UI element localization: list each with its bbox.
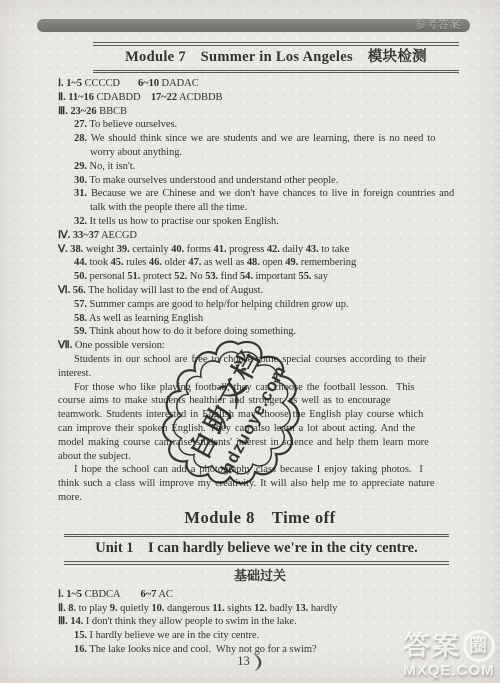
answer-line: 32. It tells us how to practise our spok… xyxy=(58,215,462,229)
answer-line: 27. To believe ourselves. xyxy=(58,118,462,132)
answer-number: Ⅰ. 1~5 xyxy=(58,78,82,89)
unit1-answers: Ⅰ. 1~5 CBDCA 6~7 ACⅡ. 8. to play 9. quie… xyxy=(58,588,462,657)
unit1-header: Unit 1 I can hardly believe we're in the… xyxy=(64,534,449,565)
answer-number: Ⅱ. 8. xyxy=(58,603,76,614)
answer-text: important xyxy=(253,271,299,282)
crescent-decoration-icon xyxy=(248,652,263,672)
answer-number: 43. xyxy=(306,244,319,255)
answer-text: Think about how to do it before doing so… xyxy=(87,326,296,337)
answer-number: 47. xyxy=(188,257,201,268)
answer-text: certainly xyxy=(130,244,171,255)
answer-line: interest. xyxy=(58,367,462,381)
answer-text: worry about anything. xyxy=(90,147,182,158)
answer-line: 44. took 45. rules 46. older 47. as well… xyxy=(58,256,462,270)
answer-number: 51. xyxy=(127,271,140,282)
answer-text: about the subject. xyxy=(58,451,131,462)
answer-text: ACDBDB xyxy=(177,92,222,103)
answer-line: Ⅲ. 14. I don't think they allow people t… xyxy=(58,615,462,629)
answer-text: Students in our school are free to choos… xyxy=(74,354,426,365)
answer-text: personal xyxy=(87,271,127,282)
answer-number: Ⅶ. xyxy=(58,340,72,351)
answer-text: badly xyxy=(267,603,295,614)
answer-line: talk with the people there all the time. xyxy=(58,201,462,215)
answer-line: 58. As well as learning English xyxy=(58,312,462,326)
answer-text: talk with the people there all the time. xyxy=(90,202,247,213)
answer-text: Because we are Chinese and we don't have… xyxy=(87,188,454,199)
answer-line: more. xyxy=(58,491,462,505)
unit1-title: Unit 1 I can hardly believe we're in the… xyxy=(64,536,449,562)
answer-text: To make ourselves understood and underst… xyxy=(87,175,338,186)
answers-header-bar: 参考答案 xyxy=(37,19,470,32)
answer-text: One possible version: xyxy=(72,340,165,351)
answer-text: It tells us how to practise our spoken E… xyxy=(87,216,279,227)
answer-number: Ⅵ. 56. xyxy=(58,285,86,296)
answer-number: 29. xyxy=(74,161,87,172)
answer-number: Ⅱ. 11~16 xyxy=(58,92,94,103)
module7-answers: Ⅰ. 1~5 CCCCD 6~10 DADACⅡ. 11~16 CDABDD 1… xyxy=(58,77,462,505)
answer-line: Ⅵ. 56. The holiday will last to the end … xyxy=(58,284,462,298)
answer-text: older xyxy=(162,257,188,268)
answer-line: 59. Think about how to do it before doin… xyxy=(58,325,462,339)
answer-number: 13. xyxy=(295,603,308,614)
answer-text: sights xyxy=(225,603,254,614)
module7-header-rule: Module 7 Summer in Los Angeles 模块检测 xyxy=(93,42,459,73)
answer-number: 39. xyxy=(117,244,130,255)
answer-line: 31. Because we are Chinese and we don't … xyxy=(58,187,462,201)
answer-number: 40. xyxy=(171,244,184,255)
answer-line: 29. No, it isn't. xyxy=(58,160,462,174)
answer-number: 44. xyxy=(74,257,87,268)
page-content: Module 7 Summer in Los Angeles 模块检测 Ⅰ. 1… xyxy=(58,42,462,657)
answer-text: CCCCD xyxy=(82,78,138,89)
answer-text: can improve their spoken English. They c… xyxy=(58,423,415,434)
answer-line: Ⅳ. 33~37 AECGD xyxy=(58,229,462,243)
answer-line: Ⅰ. 1~5 CCCCD 6~10 DADAC xyxy=(58,77,462,91)
answer-line: Ⅱ. 8. to play 9. quietly 10. dangerous 1… xyxy=(58,602,462,616)
answer-number: 9. xyxy=(110,603,118,614)
answer-text: weight xyxy=(83,244,116,255)
answer-number: 6~7 xyxy=(141,589,157,600)
answer-text: AC xyxy=(156,589,172,600)
answer-number: 28. xyxy=(74,133,87,144)
answer-text: daily xyxy=(280,244,306,255)
answer-text: quietly xyxy=(118,603,152,614)
answer-number: 55. xyxy=(299,271,312,282)
answer-line: worry about anything. xyxy=(58,146,462,160)
answer-number: 10. xyxy=(151,603,164,614)
answer-number: 30. xyxy=(74,175,87,186)
answer-text: BBCB xyxy=(97,106,127,117)
answer-text: No xyxy=(187,271,205,282)
answer-text: as well as xyxy=(201,257,246,268)
answer-line: Ⅱ. 11~16 CDABDD 17~22 ACDBDB xyxy=(58,91,462,105)
answer-number: 48. xyxy=(247,257,260,268)
answer-text: DADAC xyxy=(159,78,199,89)
answer-text: think such a class will improve my creat… xyxy=(58,478,434,489)
answer-line: can improve their spoken English. They c… xyxy=(58,422,462,436)
answer-text: teamwork. Students interested in English… xyxy=(58,409,423,420)
answer-text: more. xyxy=(58,492,82,503)
answer-number: 15. xyxy=(74,630,87,641)
answer-text: progress xyxy=(227,244,267,255)
answer-line: 30. To make ourselves understood and und… xyxy=(58,174,462,188)
answer-number: 31. xyxy=(74,188,87,199)
answer-text: For those who like playing football, the… xyxy=(74,382,414,393)
answer-line: Students in our school are free to choos… xyxy=(58,353,462,367)
answer-text: We should think since we are students an… xyxy=(87,133,435,144)
answer-number: 45. xyxy=(111,257,124,268)
answer-number: 54. xyxy=(240,271,253,282)
module8-title: Module 8 Time off xyxy=(58,507,462,529)
answer-line: 28. We should think since we are student… xyxy=(58,132,462,146)
answer-text: I don't think they allow people to swim … xyxy=(83,616,296,627)
answer-number: 12. xyxy=(254,603,267,614)
answer-number: 59. xyxy=(74,326,87,337)
answer-text: CBDCA xyxy=(82,589,141,600)
answer-text: remembering xyxy=(298,257,356,268)
answer-number: Ⅰ. 1~5 xyxy=(58,589,82,600)
answer-line: Ⅴ. 38. weight 39. certainly 40. forms 41… xyxy=(58,243,462,257)
scanned-answer-page: 参考答案 Module 7 Summer in Los Angeles 模块检测… xyxy=(0,0,500,683)
answer-text: rules xyxy=(124,257,149,268)
answer-text: to take xyxy=(319,244,350,255)
answer-text: find xyxy=(218,271,240,282)
answer-line: 15. I hardly believe we are in the city … xyxy=(58,629,462,643)
answer-number: 53. xyxy=(205,271,218,282)
answer-text: hardly xyxy=(308,603,337,614)
answer-text: open xyxy=(260,257,285,268)
answer-text: To believe ourselves. xyxy=(87,119,177,130)
module7-header: Module 7 Summer in Los Angeles 模块检测 xyxy=(93,42,459,73)
answer-text: interest. xyxy=(58,368,91,379)
answer-line: model making course can raise students' … xyxy=(58,436,462,450)
answer-number: 50. xyxy=(74,271,87,282)
answer-line: Ⅲ. 23~26 BBCB xyxy=(58,105,462,119)
basics-subheading: 基础过关 xyxy=(58,568,462,584)
answer-number: 11. xyxy=(212,603,224,614)
answer-text: dangerous xyxy=(164,603,212,614)
answer-line: 50. personal 51. protect 52. No 53. find… xyxy=(58,270,462,284)
answer-text: Summer camps are good to help/for helpin… xyxy=(87,299,348,310)
answer-number: 58. xyxy=(74,313,87,324)
answer-text: took xyxy=(87,257,111,268)
answer-number: 41. xyxy=(214,244,227,255)
answer-text: to play xyxy=(76,603,110,614)
answer-number: 52. xyxy=(174,271,187,282)
answer-text: No, it isn't. xyxy=(87,161,135,172)
answer-number: 32. xyxy=(74,216,87,227)
answer-number: 49. xyxy=(285,257,298,268)
module7-title: Module 7 Summer in Los Angeles 模块检测 xyxy=(93,45,459,71)
unit1-header-rule: Unit 1 I can hardly believe we're in the… xyxy=(64,534,449,565)
answer-text: course aims to make students healthier a… xyxy=(58,395,390,406)
answer-text: protect xyxy=(140,271,174,282)
answer-number: 57. xyxy=(74,299,87,310)
answer-number: Ⅳ. 33~37 xyxy=(58,230,99,241)
answer-line: I hope the school can add a photography … xyxy=(58,463,462,477)
answers-tab-label: 参考答案 xyxy=(415,19,470,32)
answer-text: I hope the school can add a photography … xyxy=(74,464,423,475)
answer-number: 46. xyxy=(149,257,162,268)
answer-line: 57. Summer camps are good to help/for he… xyxy=(58,298,462,312)
answer-number: 27. xyxy=(74,119,87,130)
answer-line: about the subject. xyxy=(58,450,462,464)
answer-line: For those who like playing football, the… xyxy=(58,381,462,395)
answer-text: CDABDD xyxy=(94,92,151,103)
answer-number: 42. xyxy=(267,244,280,255)
answer-text: The holiday will last to the end of Augu… xyxy=(86,285,263,296)
answer-line: Ⅶ. One possible version: xyxy=(58,339,462,353)
answer-text: AECGD xyxy=(99,230,137,241)
answer-text: As well as learning English xyxy=(87,313,203,324)
answer-line: think such a class will improve my creat… xyxy=(58,477,462,491)
answer-text: forms xyxy=(184,244,213,255)
answer-line: Ⅰ. 1~5 CBDCA 6~7 AC xyxy=(58,588,462,602)
answer-number: Ⅴ. 38. xyxy=(58,244,83,255)
answer-line: teamwork. Students interested in English… xyxy=(58,408,462,422)
answer-number: 17~22 xyxy=(151,92,177,103)
answer-text: model making course can raise students' … xyxy=(58,437,429,448)
page-number: 13 xyxy=(0,650,500,672)
answer-number: Ⅲ. 23~26 xyxy=(58,106,97,117)
answer-number: 6~10 xyxy=(138,78,159,89)
answer-number: Ⅲ. 14. xyxy=(58,616,83,627)
answer-text: I hardly believe we are in the city cent… xyxy=(87,630,259,641)
answer-line: course aims to make students healthier a… xyxy=(58,394,462,408)
answer-text: say xyxy=(311,271,327,282)
